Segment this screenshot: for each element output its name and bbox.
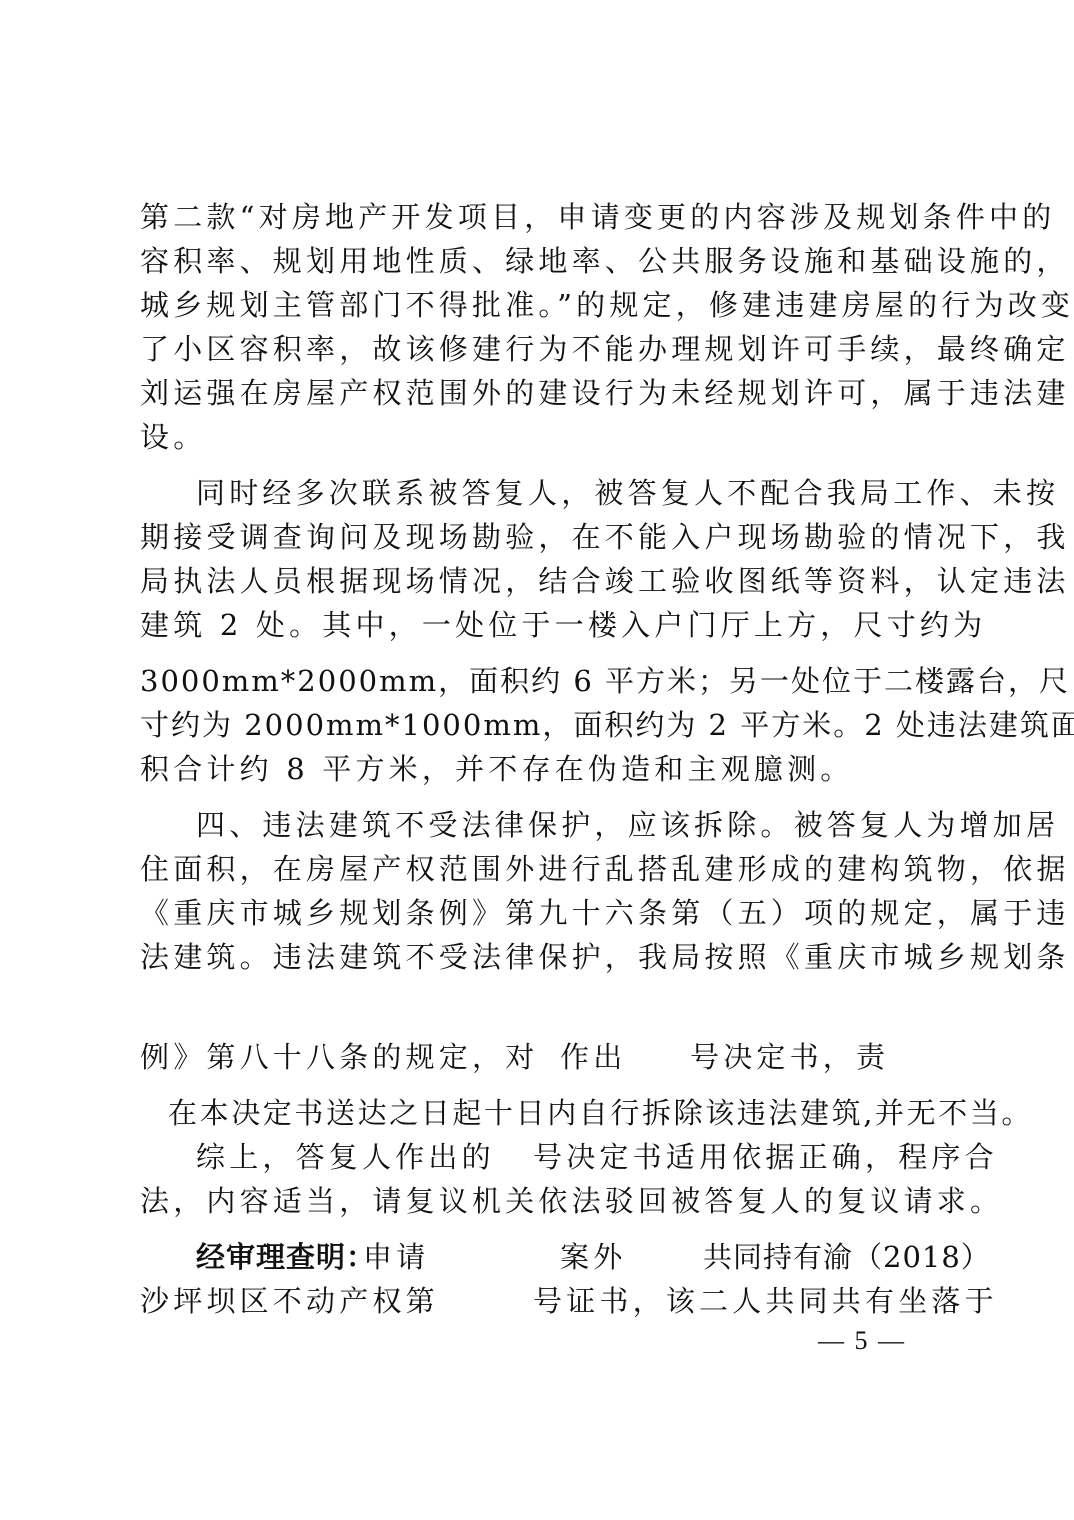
text-line-11: 3000mm*2000mm，面积约 6 平方米；另一处位于二楼露台，尺 — [140, 661, 940, 701]
text-line-15: 住面积，在房屋产权范围外进行乱搭乱建形成的建构筑物，依据 — [140, 849, 940, 889]
text-line-16: 《重庆市城乡规划条例》第九十六条第（五）项的规定，属于违 — [140, 893, 940, 933]
text-line-14: 四、违法建筑不受法律保护，应该拆除。被答复人为增加居 — [196, 805, 996, 845]
document-page: 第二款“对房地产开发项目，申请变更的内容涉及规划条件中的 容积率、规划用地性质、… — [0, 0, 1074, 1520]
text-line-1: 第二款“对房地产开发项目，申请变更的内容涉及规划条件中的 — [140, 197, 940, 237]
line-20-part-1: 综上，答复人作出的 — [196, 1137, 516, 1177]
text-line-5: 刘运强在房屋产权范围外的建设行为未经规划许可，属于违法建 — [140, 373, 940, 413]
text-line-9: 局执法人员根据现场情况，结合竣工验收图纸等资料，认定违法 — [140, 561, 940, 601]
text-line-10: 建筑 2 处。其中，一处位于一楼入户门厅上方，尺寸约为 — [140, 605, 940, 645]
line-22-part-1: 申请 — [363, 1237, 443, 1277]
line-23-part-2: 号证书，该二人共同共有坐落于 — [533, 1281, 943, 1321]
page-number: — 5 — — [818, 1326, 906, 1356]
text-line-6: 设。 — [140, 417, 940, 457]
text-line-19: 在本决定书送达之日起十日内自行拆除该违法建筑,并无不当。 — [168, 1093, 968, 1133]
line-22-part-2: 案外 — [560, 1237, 640, 1277]
line-20-part-2: 号决定书适用依据正确，程序合 — [533, 1137, 943, 1177]
text-line-17: 法建筑。违法建筑不受法律保护，我局按照《重庆市城乡规划条 — [140, 937, 940, 977]
text-line-7: 同时经多次联系被答复人，被答复人不配合我局工作、未按 — [196, 473, 996, 513]
text-line-12: 寸约为 2000mm*1000mm，面积约为 2 平方米。2 处违法建筑面 — [140, 705, 940, 745]
line-23-part-1: 沙坪坝区不动产权第 — [140, 1281, 420, 1321]
text-line-13: 积合计约 8 平方米，并不存在伪造和主观臆测。 — [140, 749, 940, 789]
text-line-8: 期接受调查询问及现场勘验，在不能入户现场勘验的情况下，我 — [140, 517, 940, 557]
line-18-part-2: 作出 — [560, 1037, 620, 1077]
line-18-part-3: 号决定书，责 — [690, 1037, 870, 1077]
text-line-3: 城乡规划主管部门不得批准。”的规定，修建违建房屋的行为改变 — [140, 285, 940, 325]
text-line-2: 容积率、规划用地性质、绿地率、公共服务设施和基础设施的， — [140, 241, 940, 281]
line-18-part-1: 例》第八十八条的规定，对 — [140, 1037, 538, 1077]
text-line-4: 了小区容积率，故该修建行为不能办理规划许可手续，最终确定 — [140, 329, 940, 369]
line-22-part-3: 共同持有渝（2018） — [703, 1237, 943, 1277]
text-line-21: 法，内容适当，请复议机关依法驳回被答复人的复议请求。 — [140, 1181, 940, 1221]
